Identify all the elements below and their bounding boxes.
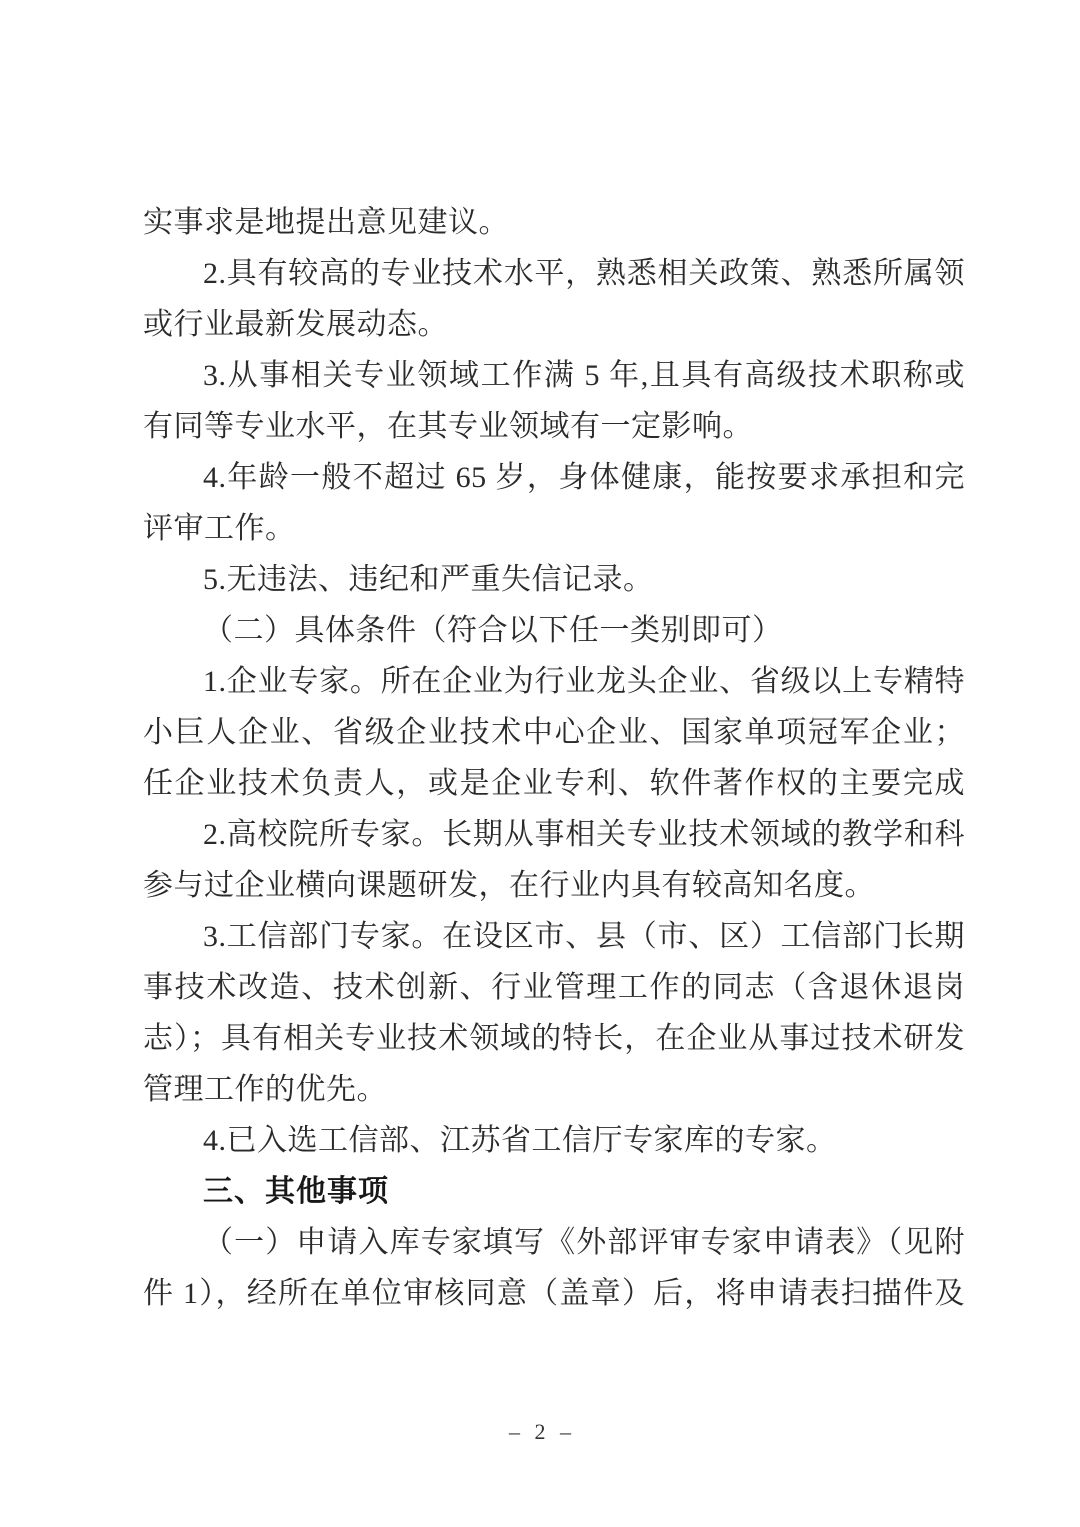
- paragraph-line: 参与过企业横向课题研发，在行业内具有较高知名度。: [143, 860, 965, 911]
- paragraph-line: （一）申请入库专家填写《外部评审专家申请表》（见附: [143, 1217, 965, 1268]
- subsection-heading: （二）具体条件（符合以下任一类别即可）: [143, 605, 965, 656]
- paragraph-line: 5.无违法、违纪和严重失信记录。: [143, 554, 965, 605]
- document-page: 实事求是地提出意见建议。 2.具有较高的专业技术水平，熟悉相关政策、熟悉所属领域…: [143, 197, 965, 1319]
- paragraph-line: 2.高校院所专家。长期从事相关专业技术领域的教学和科研，: [143, 809, 965, 860]
- paragraph-line: 任企业技术负责人，或是企业专利、软件著作权的主要完成人。: [143, 758, 965, 809]
- paragraph-line: 4.已入选工信部、江苏省工信厅专家库的专家。: [143, 1115, 965, 1166]
- paragraph-line: 管理工作的优先。: [143, 1064, 965, 1115]
- paragraph-line: 有同等专业水平，在其专业领域有一定影响。: [143, 401, 965, 452]
- paragraph-line: 3.从事相关专业领域工作满 5 年,且具有高级技术职称或具: [143, 350, 965, 401]
- paragraph-line: 2.具有较高的专业技术水平，熟悉相关政策、熟悉所属领域: [143, 248, 965, 299]
- paragraph-line: 3.工信部门专家。在设区市、县（市、区）工信部门长期从: [143, 911, 965, 962]
- paragraph-line: 评审工作。: [143, 503, 965, 554]
- paragraph-line: 小巨人企业、省级企业技术中心企业、国家单项冠军企业；担: [143, 707, 965, 758]
- paragraph-line: 1.企业专家。所在企业为行业龙头企业、省级以上专精特新: [143, 656, 965, 707]
- paragraph-line: 志）；具有相关专业技术领域的特长，在企业从事过技术研发: [143, 1013, 965, 1064]
- paragraph-line: 实事求是地提出意见建议。: [143, 197, 965, 248]
- paragraph-line: 事技术改造、技术创新、行业管理工作的同志（含退休退岗同: [143, 962, 965, 1013]
- paragraph-line: 4.年龄一般不超过 65 岁，身体健康，能按要求承担和完成: [143, 452, 965, 503]
- paragraph-line: 件 1），经所在单位审核同意（盖章）后，将申请表扫描件及相: [143, 1268, 965, 1319]
- page-number: – 2 –: [0, 1406, 1080, 1457]
- paragraph-line: 或行业最新发展动态。: [143, 299, 965, 350]
- section-heading: 三、其他事项: [143, 1166, 965, 1217]
